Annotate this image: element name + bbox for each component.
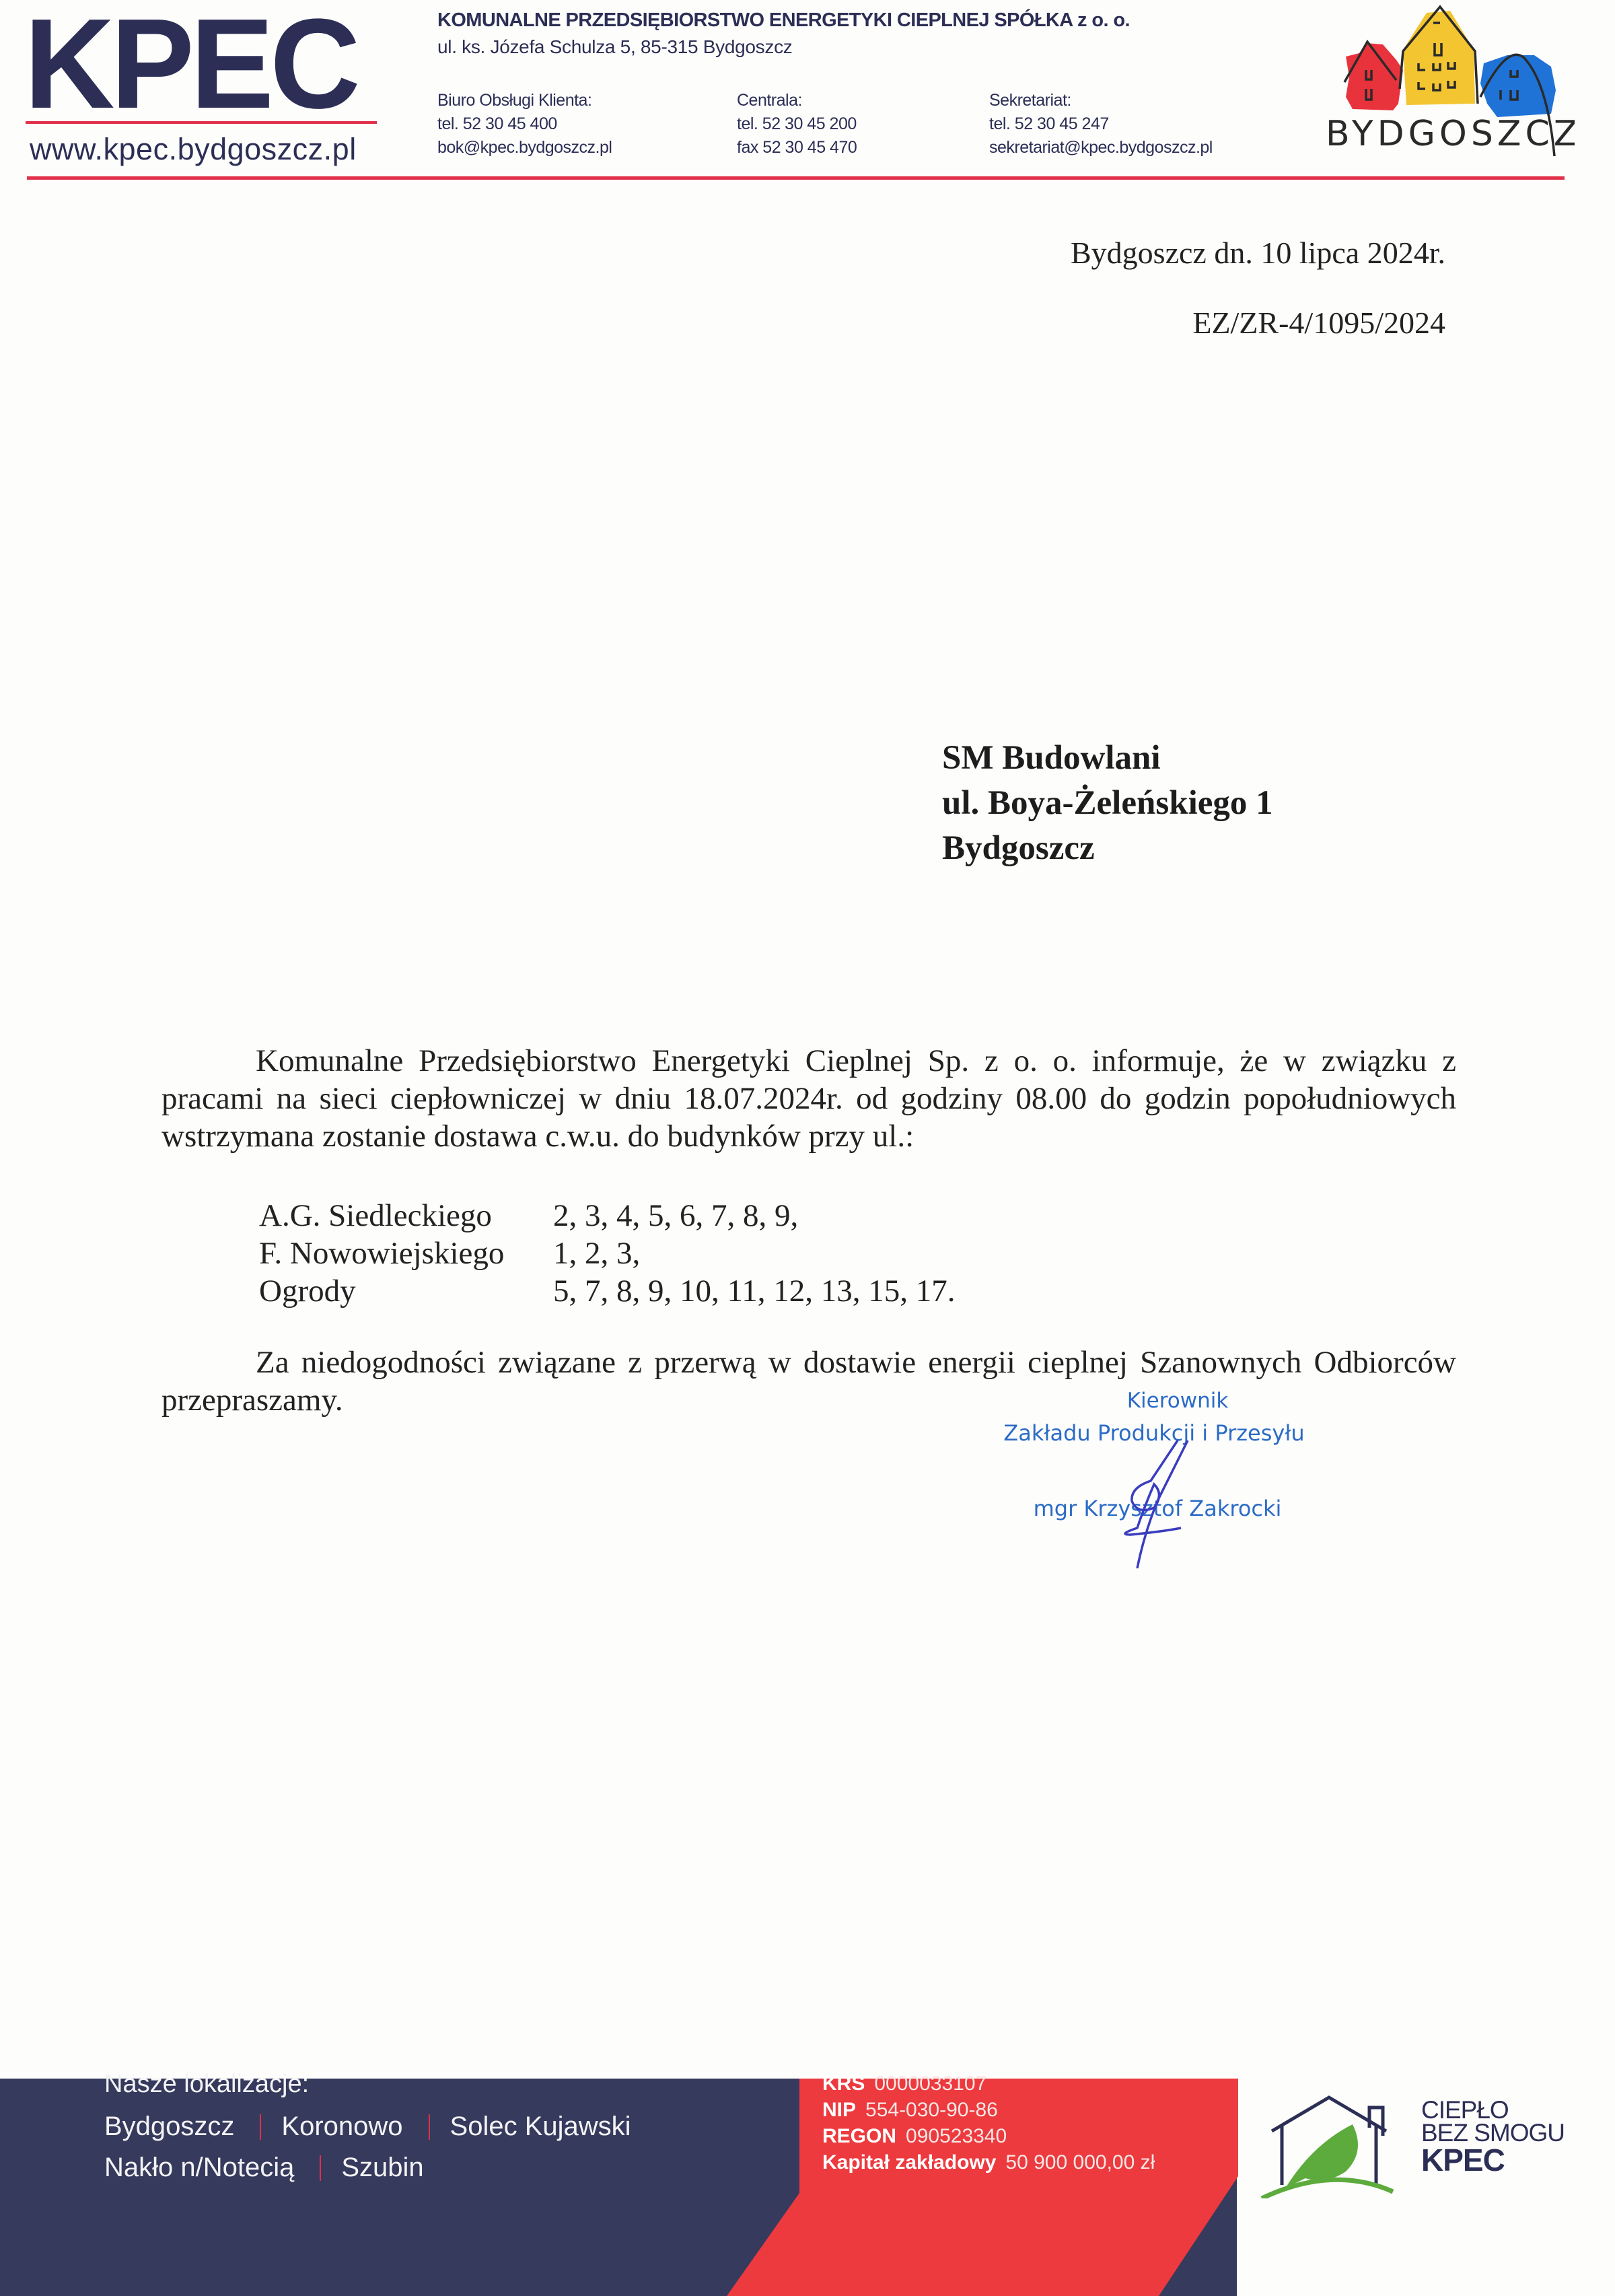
- locations-row: Nakło n/Notecią Szubin: [104, 2153, 424, 2183]
- location-item: Solec Kujawski: [450, 2112, 631, 2142]
- street-name: F. Nowowiejskiego: [259, 1234, 553, 1272]
- yellow-house-icon: [1400, 7, 1478, 105]
- contact-secretariat: Sekretariat: tel. 52 30 45 247 sekretari…: [989, 89, 1213, 160]
- notice-paragraph: Komunalne Przedsiębiorstwo Energetyki Ci…: [161, 1042, 1456, 1155]
- notice-text: Komunalne Przedsiębiorstwo Energetyki Ci…: [161, 1043, 1456, 1154]
- contact-email[interactable]: sekretariat@kpec.bydgoszcz.pl: [989, 136, 1213, 160]
- reference-number: EZ/ZR-4/1095/2024: [1192, 305, 1445, 341]
- contact-label: Centrala:: [737, 89, 857, 112]
- recipient-address: SM Budowlani ul. Boya-Żeleńskiego 1 Bydg…: [942, 736, 1273, 871]
- kpec-logo: KPEC: [24, 0, 357, 128]
- logo-underline: [26, 121, 377, 124]
- header-divider: [27, 176, 1565, 180]
- affected-streets-list: A.G. Siedleckiego 2, 3, 4, 5, 6, 7, 8, 9…: [259, 1197, 956, 1310]
- recipient-street: ul. Boya-Żeleńskiego 1: [942, 781, 1273, 826]
- company-address: ul. ks. Józefa Schulza 5, 85-315 Bydgosz…: [437, 36, 792, 58]
- location-separator: [320, 2155, 321, 2181]
- contact-phone: tel. 52 30 45 247: [989, 112, 1213, 136]
- contact-switchboard: Centrala: tel. 52 30 45 200 fax 52 30 45…: [737, 89, 857, 160]
- signatory-title: Kierownik: [1077, 1389, 1279, 1413]
- letter-date: Bydgoszcz dn. 10 lipca 2024r.: [1071, 235, 1445, 271]
- red-house-icon: [1344, 42, 1403, 110]
- street-row: Ogrody 5, 7, 8, 9, 10, 11, 12, 13, 15, 1…: [259, 1272, 956, 1310]
- location-item: Szubin: [341, 2153, 423, 2183]
- recipient-name: SM Budowlani: [942, 736, 1273, 781]
- eco-logo-text: CIEPŁO BEZ SMOGU KPEC: [1421, 2099, 1565, 2176]
- street-row: A.G. Siedleckiego 2, 3, 4, 5, 6, 7, 8, 9…: [259, 1197, 956, 1234]
- contact-phone: tel. 52 30 45 400: [437, 112, 612, 136]
- contact-label: Sekretariat:: [989, 89, 1213, 112]
- eco-line-2: BEZ SMOGU: [1421, 2122, 1565, 2145]
- location-separator: [429, 2114, 430, 2140]
- building-numbers: 2, 3, 4, 5, 6, 7, 8, 9,: [553, 1197, 956, 1234]
- registry-capital: Kapitał zakładowy50 900 000,00 zł: [822, 2149, 1155, 2176]
- contact-label: Biuro Obsługi Klienta:: [437, 89, 612, 112]
- locations-row: Bydgoszcz Koronowo Solec Kujawski: [104, 2112, 631, 2142]
- location-item: Nakło n/Notecią: [104, 2153, 294, 2183]
- street-row: F. Nowowiejskiego 1, 2, 3,: [259, 1234, 956, 1272]
- recipient-city: Bydgoszcz: [942, 826, 1273, 871]
- website-link[interactable]: www.kpec.bydgoszcz.pl: [30, 132, 357, 167]
- city-logo-text: BYDGOSZCZ: [1326, 114, 1575, 154]
- building-numbers: 1, 2, 3,: [553, 1234, 956, 1272]
- registry-krs: KRS0000033107: [822, 2071, 1155, 2097]
- handwritten-signature: [1090, 1434, 1225, 1568]
- street-name: A.G. Siedleckiego: [259, 1197, 553, 1234]
- eco-line-1: CIEPŁO: [1421, 2099, 1565, 2122]
- location-item: Koronowo: [281, 2112, 402, 2142]
- contact-customer-service: Biuro Obsługi Klienta: tel. 52 30 45 400…: [437, 89, 612, 160]
- contact-email[interactable]: bok@kpec.bydgoszcz.pl: [437, 136, 612, 160]
- company-name: KOMUNALNE PRZEDSIĘBIORSTWO ENERGETYKI CI…: [437, 9, 1130, 32]
- street-name: Ogrody: [259, 1272, 553, 1310]
- company-registry-info: KRS0000033107 NIP554-030-90-86 REGON0905…: [822, 2071, 1155, 2176]
- location-item: Bydgoszcz: [104, 2112, 234, 2142]
- locations-title: Nasze lokalizacje:: [104, 2070, 309, 2099]
- eco-line-3: KPEC: [1421, 2145, 1565, 2176]
- bydgoszcz-city-logo: BYDGOSZCZ: [1319, 3, 1575, 158]
- contact-fax: fax 52 30 45 470: [737, 136, 857, 160]
- registry-regon: REGON090523340: [822, 2123, 1155, 2149]
- building-numbers: 5, 7, 8, 9, 10, 11, 12, 13, 15, 17.: [553, 1272, 956, 1310]
- contact-phone: tel. 52 30 45 200: [737, 112, 857, 136]
- location-separator: [260, 2114, 261, 2140]
- registry-nip: NIP554-030-90-86: [822, 2097, 1155, 2123]
